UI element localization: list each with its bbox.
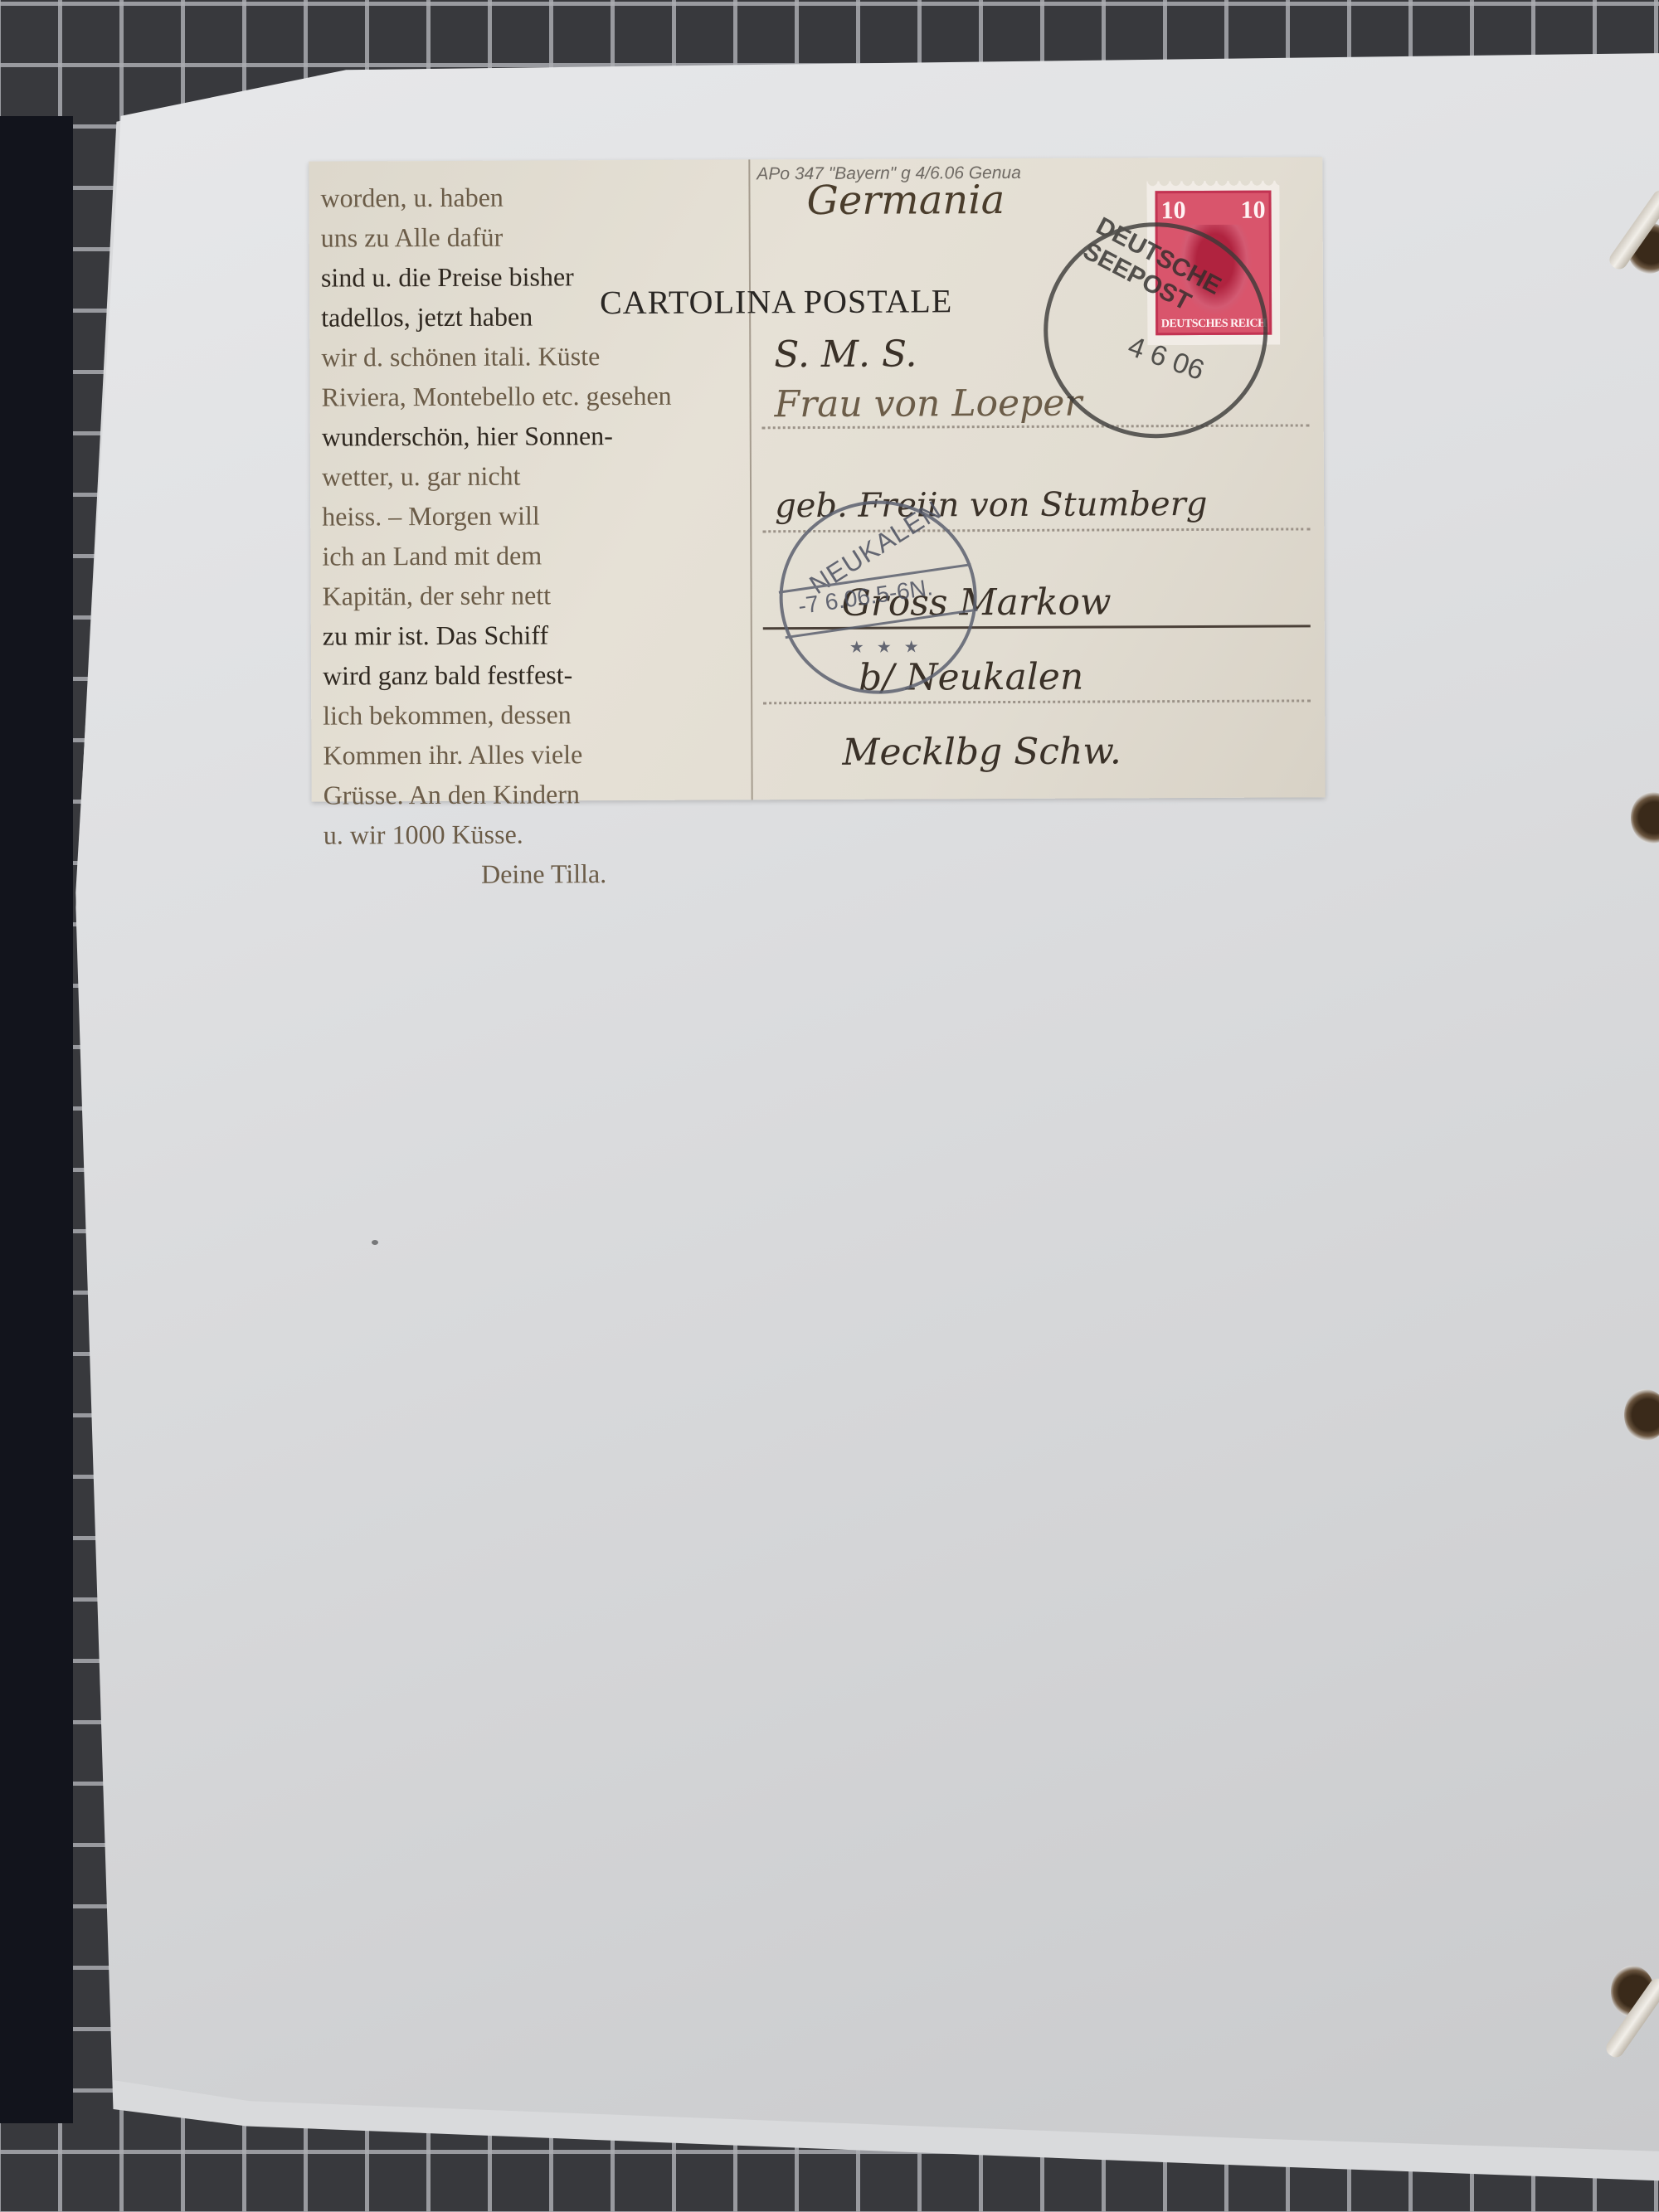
stamp-value: 10: [1241, 197, 1266, 225]
address-line: Frau von Loeper: [774, 382, 1082, 426]
address-line: Mecklbg Schw.: [842, 730, 1121, 773]
message-line: Riviera, Montebello etc. gesehen: [321, 375, 744, 416]
star-icon: ★ ★ ★: [849, 636, 919, 657]
seepost-postmark: DEUTSCHE SEEPOST 4 6 06: [1044, 222, 1268, 439]
message-line: wird ganz bald festfest-: [323, 654, 746, 695]
message-line: Grüsse. An den Kindern: [324, 773, 747, 814]
message-line: uns zu Alle dafür: [321, 216, 744, 257]
stamp-value: 10: [1161, 197, 1186, 225]
message-line: lich bekommen, dessen: [323, 693, 746, 735]
message-line: wir d. schönen itali. Küste: [321, 335, 744, 377]
message-line: wetter, u. gar nicht: [322, 455, 745, 496]
message-line: ich an Land mit dem: [322, 534, 745, 576]
message-line: worden, u. haben: [320, 176, 743, 217]
page-speck: [372, 1240, 378, 1245]
message-signature: Deine Tilla.: [324, 853, 747, 894]
address-dotted-line: [763, 699, 1311, 704]
header-handwriting: Germania: [806, 177, 1005, 224]
message-line: u. wir 1000 Küsse.: [324, 813, 747, 854]
address-line: S. M. S.: [774, 333, 917, 376]
message-line: sind u. die Preise bisher: [321, 255, 744, 297]
neukalen-postmark: NEUKALEN -7 6.06.5-6N. ★ ★ ★: [779, 500, 977, 694]
message-text: worden, u. haben uns zu Alle dafür sind …: [320, 176, 747, 894]
message-line: Kapitän, der sehr nett: [323, 574, 746, 615]
postcard-divider-line: [748, 159, 752, 800]
message-line: tadellos, jetzt haben: [321, 295, 744, 337]
message-line: zu mir ist. Das Schiff: [323, 614, 746, 655]
postmark-date: 4 6 06: [1124, 330, 1209, 387]
message-line: heiss. – Morgen will: [322, 494, 745, 536]
postcard: APo 347 "Bayern" g 4/6.06 Genua Germania…: [309, 157, 1325, 801]
message-line: wunderschön, hier Sonnen-: [322, 415, 745, 456]
album-binder-cover: [0, 116, 73, 2123]
message-line: Kommen ihr. Alles viele: [323, 733, 746, 775]
